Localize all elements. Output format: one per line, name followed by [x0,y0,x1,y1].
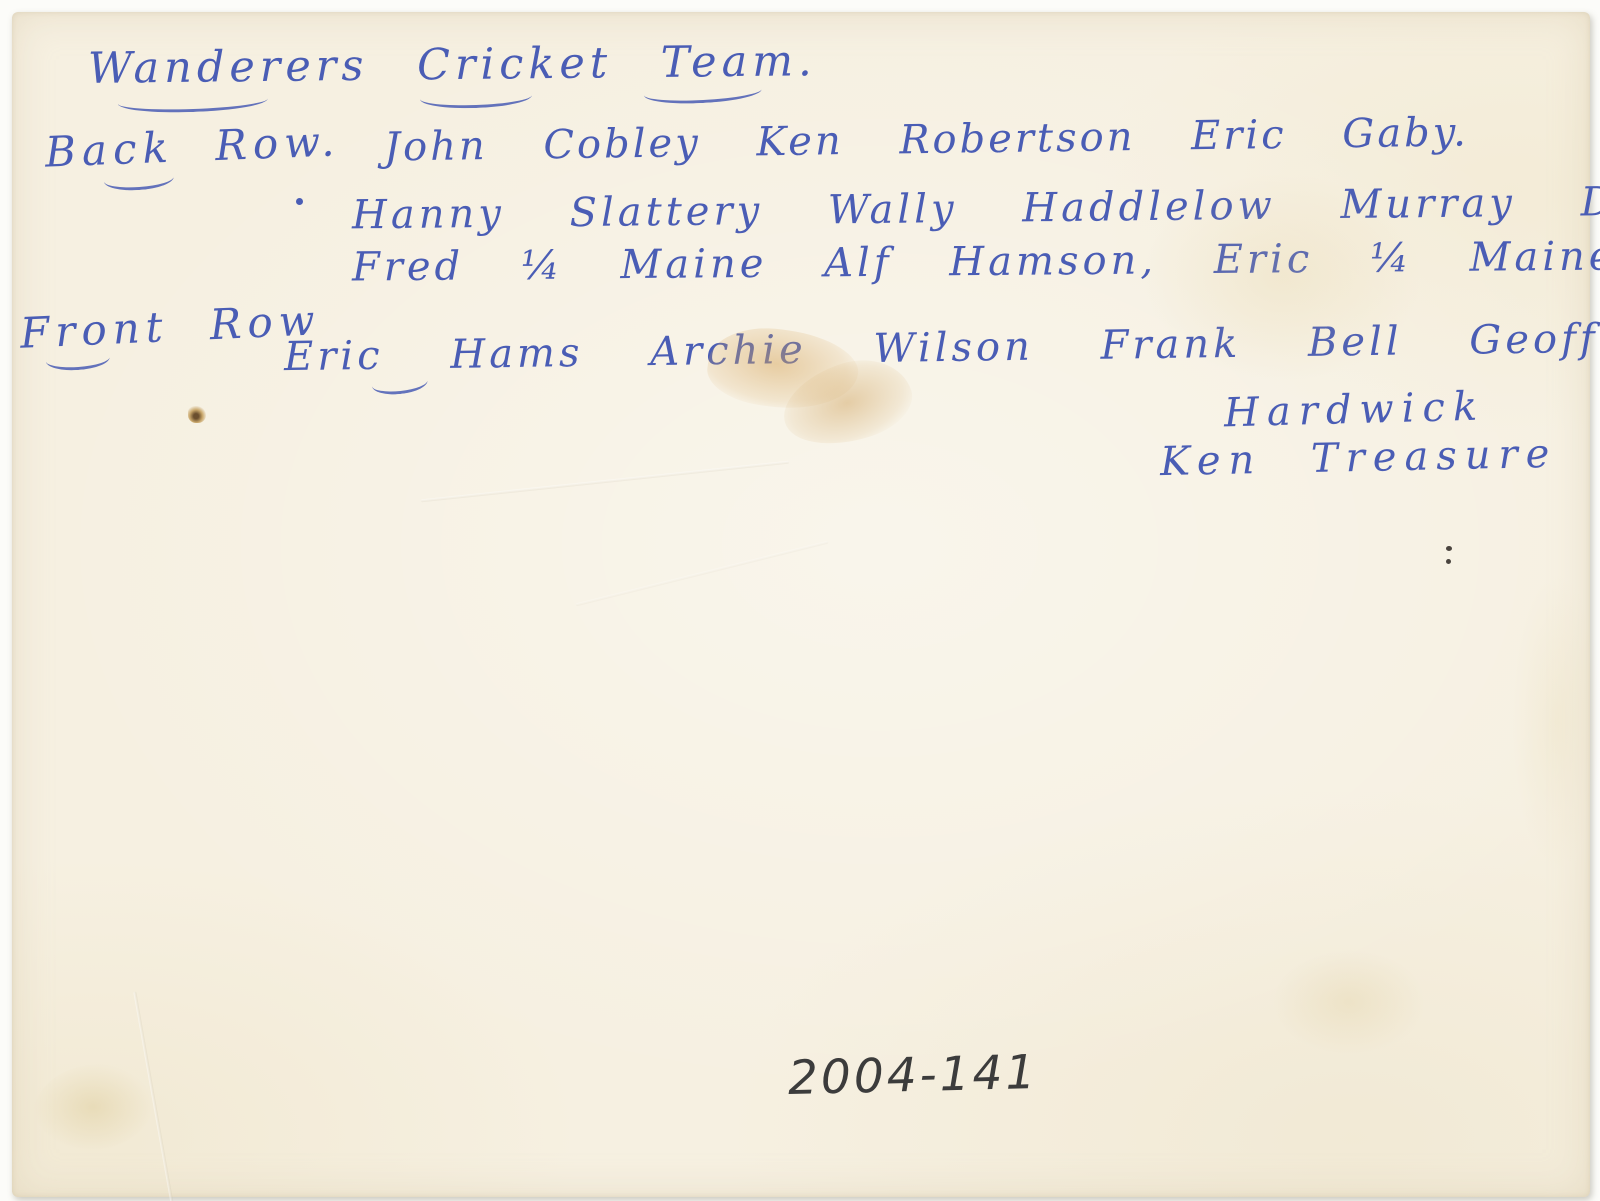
back-row-period-dot [296,198,303,205]
paper-crease-middle-2 [575,541,828,607]
back-row-names-line-1: John Cobley Ken Robertson Eric Gaby. [384,110,1469,169]
front-row-flourish [46,352,111,372]
back-row-flourish [104,172,175,193]
front-row-names-line-3-ken-treasure: Ken Treasure [1160,432,1558,484]
paper-stain-right-edge [1512,572,1600,872]
photo-back-paper: Wanderers Cricket Team. Back Row. John C… [12,12,1590,1197]
underline-stroke-wanderers [118,97,268,114]
title-handwriting: Wanderers Cricket Team. [88,38,817,93]
stray-ink-dots [1446,546,1454,570]
paper-stain-bottom-right [1274,950,1424,1054]
paper-crease-middle [421,461,789,503]
scan-background: { "scan": { "background_color": "#fcfcf9… [0,0,1600,1201]
back-row-names-line-3: Fred ¼ Maine Alf Hamson, Eric ¼ Maine [352,234,1600,289]
front-row-names-line-2-hardwick: Hardwick [1223,385,1485,436]
paper-crease-bottom-left [133,991,173,1201]
front-row-label: Front Row [19,297,321,357]
paper-stain-bottom-left [34,1064,152,1150]
underline-stroke-cricket [420,94,532,110]
underline-stroke-team [644,88,762,106]
back-row-label: Back Row. [44,118,341,175]
back-row-names-line-2: Hanny Slattery Wally Haddlelow Murray Da… [352,179,1600,238]
catalog-number-pencil: 2004-141 [787,1045,1039,1106]
front-row-names-line-1: Eric Hams Archie Wilson Frank Bell Geoff [284,317,1599,379]
paper-speck [188,406,206,423]
